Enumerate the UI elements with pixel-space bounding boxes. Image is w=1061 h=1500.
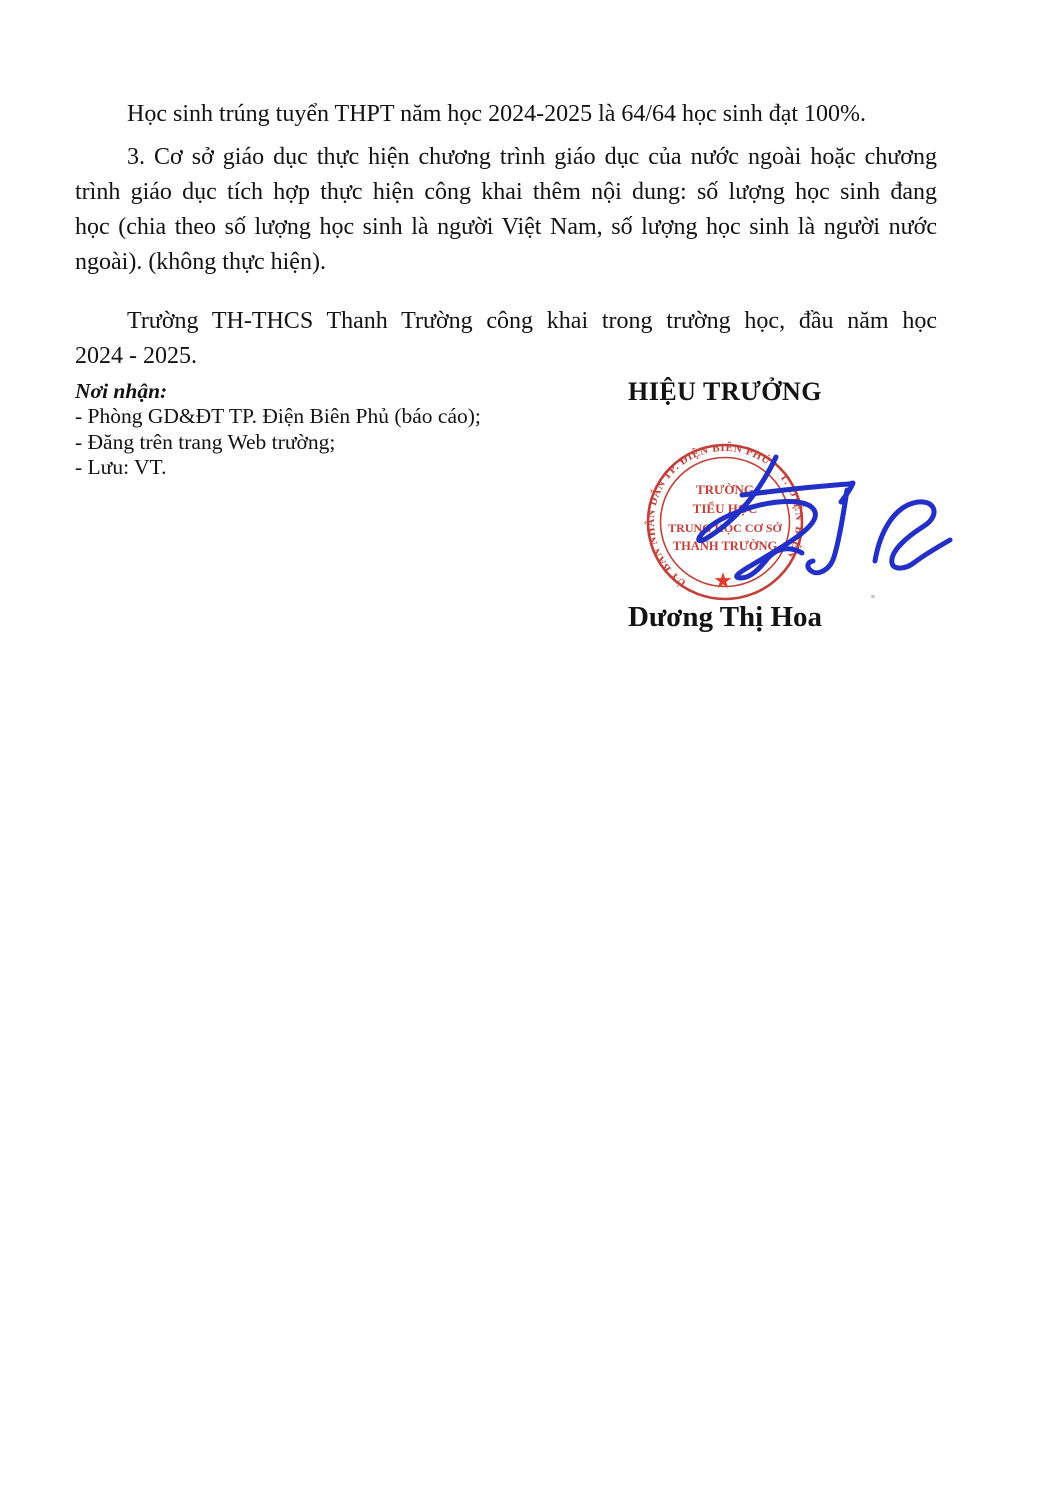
paragraph-admission-result: Học sinh trúng tuyển THPT năm học 2024-2… — [75, 99, 937, 130]
stamp-center-line: THANH TRƯỜNG — [673, 539, 778, 553]
paragraph-line: học (chia theo số lượng học sinh là ngườ… — [75, 210, 937, 245]
paragraph-foreign-program: 3. Cơ sở giáo dục thực hiện chương trình… — [75, 140, 937, 280]
paragraph-line: ngoài). (không thực hiện). — [75, 245, 937, 280]
handwritten-signature — [699, 457, 950, 578]
paragraph-line: Trường TH-THCS Thanh Trường công khai tr… — [75, 304, 937, 339]
signature-loop-stroke — [875, 502, 950, 568]
official-stamp: ỦY BAN NHÂN DÂN TP. ĐIỆN BIÊN PHỦ T. ĐIỆ… — [645, 442, 805, 599]
scan-artifact-dot — [871, 595, 875, 598]
recipient-item: - Lưu: VT. — [75, 455, 545, 480]
recipients-label: Nơi nhận: — [75, 379, 545, 404]
paragraph-line: 2024 - 2025. — [75, 339, 937, 374]
recipient-item: - Phòng GD&ĐT TP. Điện Biên Phủ (báo cáo… — [75, 404, 545, 429]
stamp-star-icon: ★ — [714, 571, 731, 592]
stamp-and-signature: ỦY BAN NHÂN DÂN TP. ĐIỆN BIÊN PHỦ T. ĐIỆ… — [620, 437, 965, 609]
signer-title: HIỆU TRƯỞNG — [560, 377, 890, 407]
stamp-signature-graphic: ỦY BAN NHÂN DÂN TP. ĐIỆN BIÊN PHỦ T. ĐIỆ… — [620, 437, 965, 609]
paragraph-line: 3. Cơ sở giáo dục thực hiện chương trình… — [75, 140, 937, 175]
signer-name: Dương Thị Hoa — [560, 601, 890, 634]
paragraph-line: trình giáo dục tích hợp thực hiện công k… — [75, 175, 937, 210]
recipients-block: Nơi nhận: - Phòng GD&ĐT TP. Điện Biên Ph… — [75, 379, 545, 480]
paragraph-publication-statement: Trường TH-THCS Thanh Trường công khai tr… — [75, 304, 937, 374]
document-page: Học sinh trúng tuyển THPT năm học 2024-2… — [0, 0, 1061, 1500]
recipient-item: - Đăng trên trang Web trường; — [75, 430, 545, 455]
paragraph-text: Học sinh trúng tuyển THPT năm học 2024-2… — [75, 99, 937, 130]
